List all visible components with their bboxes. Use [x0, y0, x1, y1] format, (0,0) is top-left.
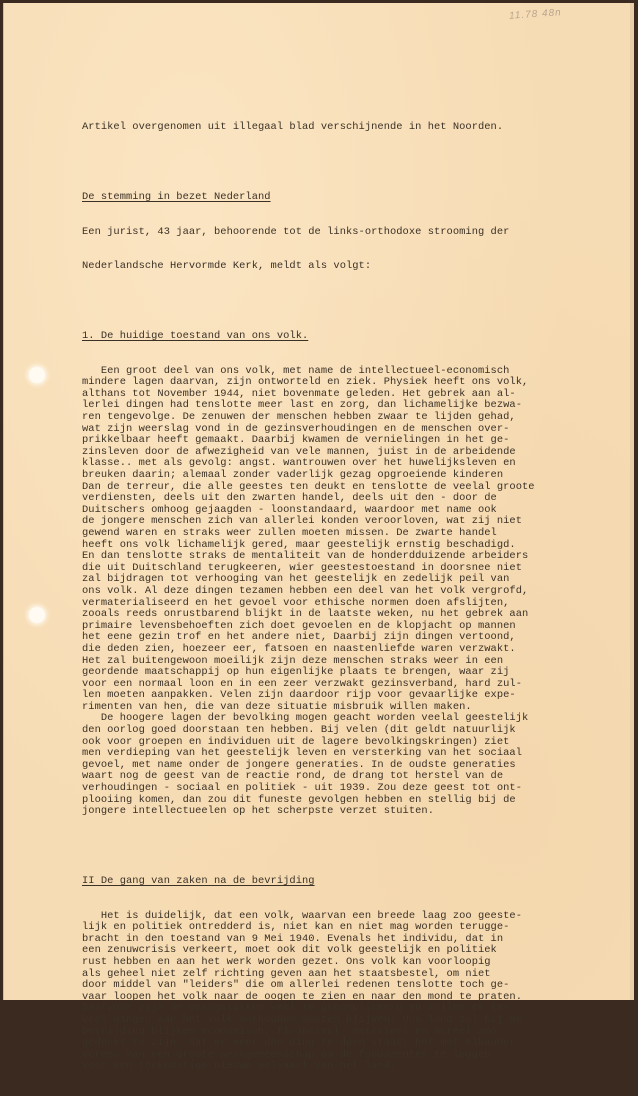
- text-line: ons volk. Al deze dingen tezamen hebben …: [82, 586, 638, 598]
- section-1-body: Een groot deel van ons volk, met name de…: [82, 366, 638, 818]
- subtitle-line: Een jurist, 43 jaar, behoorende tot de l…: [82, 227, 638, 239]
- archive-mark: 11.78 48n: [509, 7, 562, 22]
- text-line: lijk en politiek ontredderd is, niet kan…: [82, 922, 638, 934]
- text-line: vaar loopen het volk naar de oogen te zi…: [82, 992, 638, 1000]
- punch-hole-icon: [29, 367, 45, 383]
- document-page: 11.78 48n Artikel overgenomen uit illega…: [3, 3, 634, 1000]
- subtitle-line: Nederlandsche Hervormde Kerk, meldt als …: [82, 261, 638, 273]
- punch-hole-icon: [29, 607, 45, 623]
- text-line: jongere intellectueelen op het scherpste…: [82, 806, 638, 818]
- text-line: zooals reeds onrustbarend blijkt in de l…: [82, 609, 638, 621]
- text-line: breuken daarin; alemaal zonder vaderlijk…: [82, 470, 638, 482]
- text-line: door middel van "leiders" die om allerle…: [82, 980, 638, 992]
- section-2-body: Het is duidelijk, dat een volk, waarvan …: [82, 911, 638, 1000]
- document-body: Artikel overgenomen uit illegaal blad ve…: [82, 99, 638, 1000]
- intro-line: Artikel overgenomen uit illegaal blad ve…: [82, 122, 638, 134]
- text-line: verhoudingen - sociaal en politiek - uit…: [82, 783, 638, 795]
- section-1-heading: 1. De huidige toestand van ons volk.: [82, 331, 638, 343]
- text-line: die deden zien, hoezeer eer, fatsoen en …: [82, 644, 638, 656]
- text-line: ren tengevolge. De zenuwen der menschen …: [82, 412, 638, 424]
- text-line: rust hebben en aan het werk worden gezet…: [82, 957, 638, 969]
- section-2-heading: II De gang van zaken na de bevrijding: [82, 876, 638, 888]
- text-line: gewend waren en straks weer zullen moete…: [82, 528, 638, 540]
- text-line: den oorlog goed doorstaan ten hebben. Bi…: [82, 725, 638, 737]
- document-title: De stemming in bezet Nederland: [82, 192, 638, 204]
- text-line: geordende maatschappij op hun eigenlijke…: [82, 667, 638, 679]
- text-line: En dan tenslotte straks de mentaliteit v…: [82, 551, 638, 563]
